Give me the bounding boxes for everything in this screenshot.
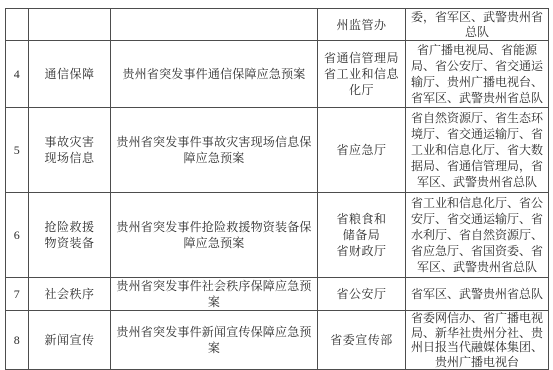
cell-category: 社会秩序 — [29, 278, 111, 311]
cell-lead-unit: 省粮食和 储备局 省财政厅 — [318, 193, 406, 278]
cell-support-units: 省委网信办、省广播电视局、新华社贵州分社、贵州日报当代融媒体集团、贵州广播电视台 — [406, 311, 549, 370]
cell-lead-unit: 省委宣传部 — [318, 311, 406, 370]
table-row: 4 通信保障 贵州省突发事件通信保障应急预案 省通信管理局 省工业和信息化厅 省… — [6, 41, 549, 108]
table-row-continuation: 州监管办 委，省军区、武警贵州省总队 — [6, 9, 549, 41]
cell-plan-name: 贵州省突发事件事故灾害现场信息保障应急预案 — [111, 108, 318, 193]
table-row: 6 抢险救援 物资装备 贵州省突发事件抢险救援物资装备保障应急预案 省粮食和 储… — [6, 193, 549, 278]
cell-category: 抢险救援 物资装备 — [29, 193, 111, 278]
cell-support-units: 省军区、武警贵州省总队 — [406, 278, 549, 311]
cell-seq: 5 — [6, 108, 29, 193]
cell-plan-name: 贵州省突发事件通信保障应急预案 — [111, 41, 318, 108]
cell-seq: 6 — [6, 193, 29, 278]
emergency-plans-table: 州监管办 委，省军区、武警贵州省总队 4 通信保障 贵州省突发事件通信保障应急预… — [5, 8, 549, 370]
cell-lead-unit: 省应急厅 — [318, 108, 406, 193]
cell-category: 事故灾害 现场信息 — [29, 108, 111, 193]
cell-support-units: 省工业和信息化厅、省公安厅、省交通运输厅、省水利厅、省自然资源厅、省应急厅、省国… — [406, 193, 549, 278]
cell-plan-name: 贵州省突发事件新闻宣传保障应急预案 — [111, 311, 318, 370]
cell-seq — [6, 9, 29, 41]
table-container: 州监管办 委，省军区、武警贵州省总队 4 通信保障 贵州省突发事件通信保障应急预… — [5, 8, 549, 370]
cell-support-units: 省广播电视局、省能源局、省公安厅、省交通运输厅、贵州广播电视台、省军区、武警贵州… — [406, 41, 549, 108]
cell-support-units: 省自然资源厅、省生态环境厅、省交通运输厅、省工业和信息化厅、省大数据局、省通信管… — [406, 108, 549, 193]
document-page: 州监管办 委，省军区、武警贵州省总队 4 通信保障 贵州省突发事件通信保障应急预… — [0, 0, 553, 365]
cell-plan-name: 贵州省突发事件社会秩序保障应急预案 — [111, 278, 318, 311]
cell-lead-unit: 省公安厅 — [318, 278, 406, 311]
cell-category: 新闻宣传 — [29, 311, 111, 370]
cell-category: 通信保障 — [29, 41, 111, 108]
cell-lead-unit: 省通信管理局 省工业和信息化厅 — [318, 41, 406, 108]
cell-lead-unit: 州监管办 — [318, 9, 406, 41]
cell-plan-name: 贵州省突发事件抢险救援物资装备保障应急预案 — [111, 193, 318, 278]
cell-seq: 7 — [6, 278, 29, 311]
cell-plan-name — [111, 9, 318, 41]
cell-seq: 8 — [6, 311, 29, 370]
table-row: 8 新闻宣传 贵州省突发事件新闻宣传保障应急预案 省委宣传部 省委网信办、省广播… — [6, 311, 549, 370]
table-row: 7 社会秩序 贵州省突发事件社会秩序保障应急预案 省公安厅 省军区、武警贵州省总… — [6, 278, 549, 311]
cell-category — [29, 9, 111, 41]
cell-support-units: 委，省军区、武警贵州省总队 — [406, 9, 549, 41]
cell-seq: 4 — [6, 41, 29, 108]
table-row: 5 事故灾害 现场信息 贵州省突发事件事故灾害现场信息保障应急预案 省应急厅 省… — [6, 108, 549, 193]
